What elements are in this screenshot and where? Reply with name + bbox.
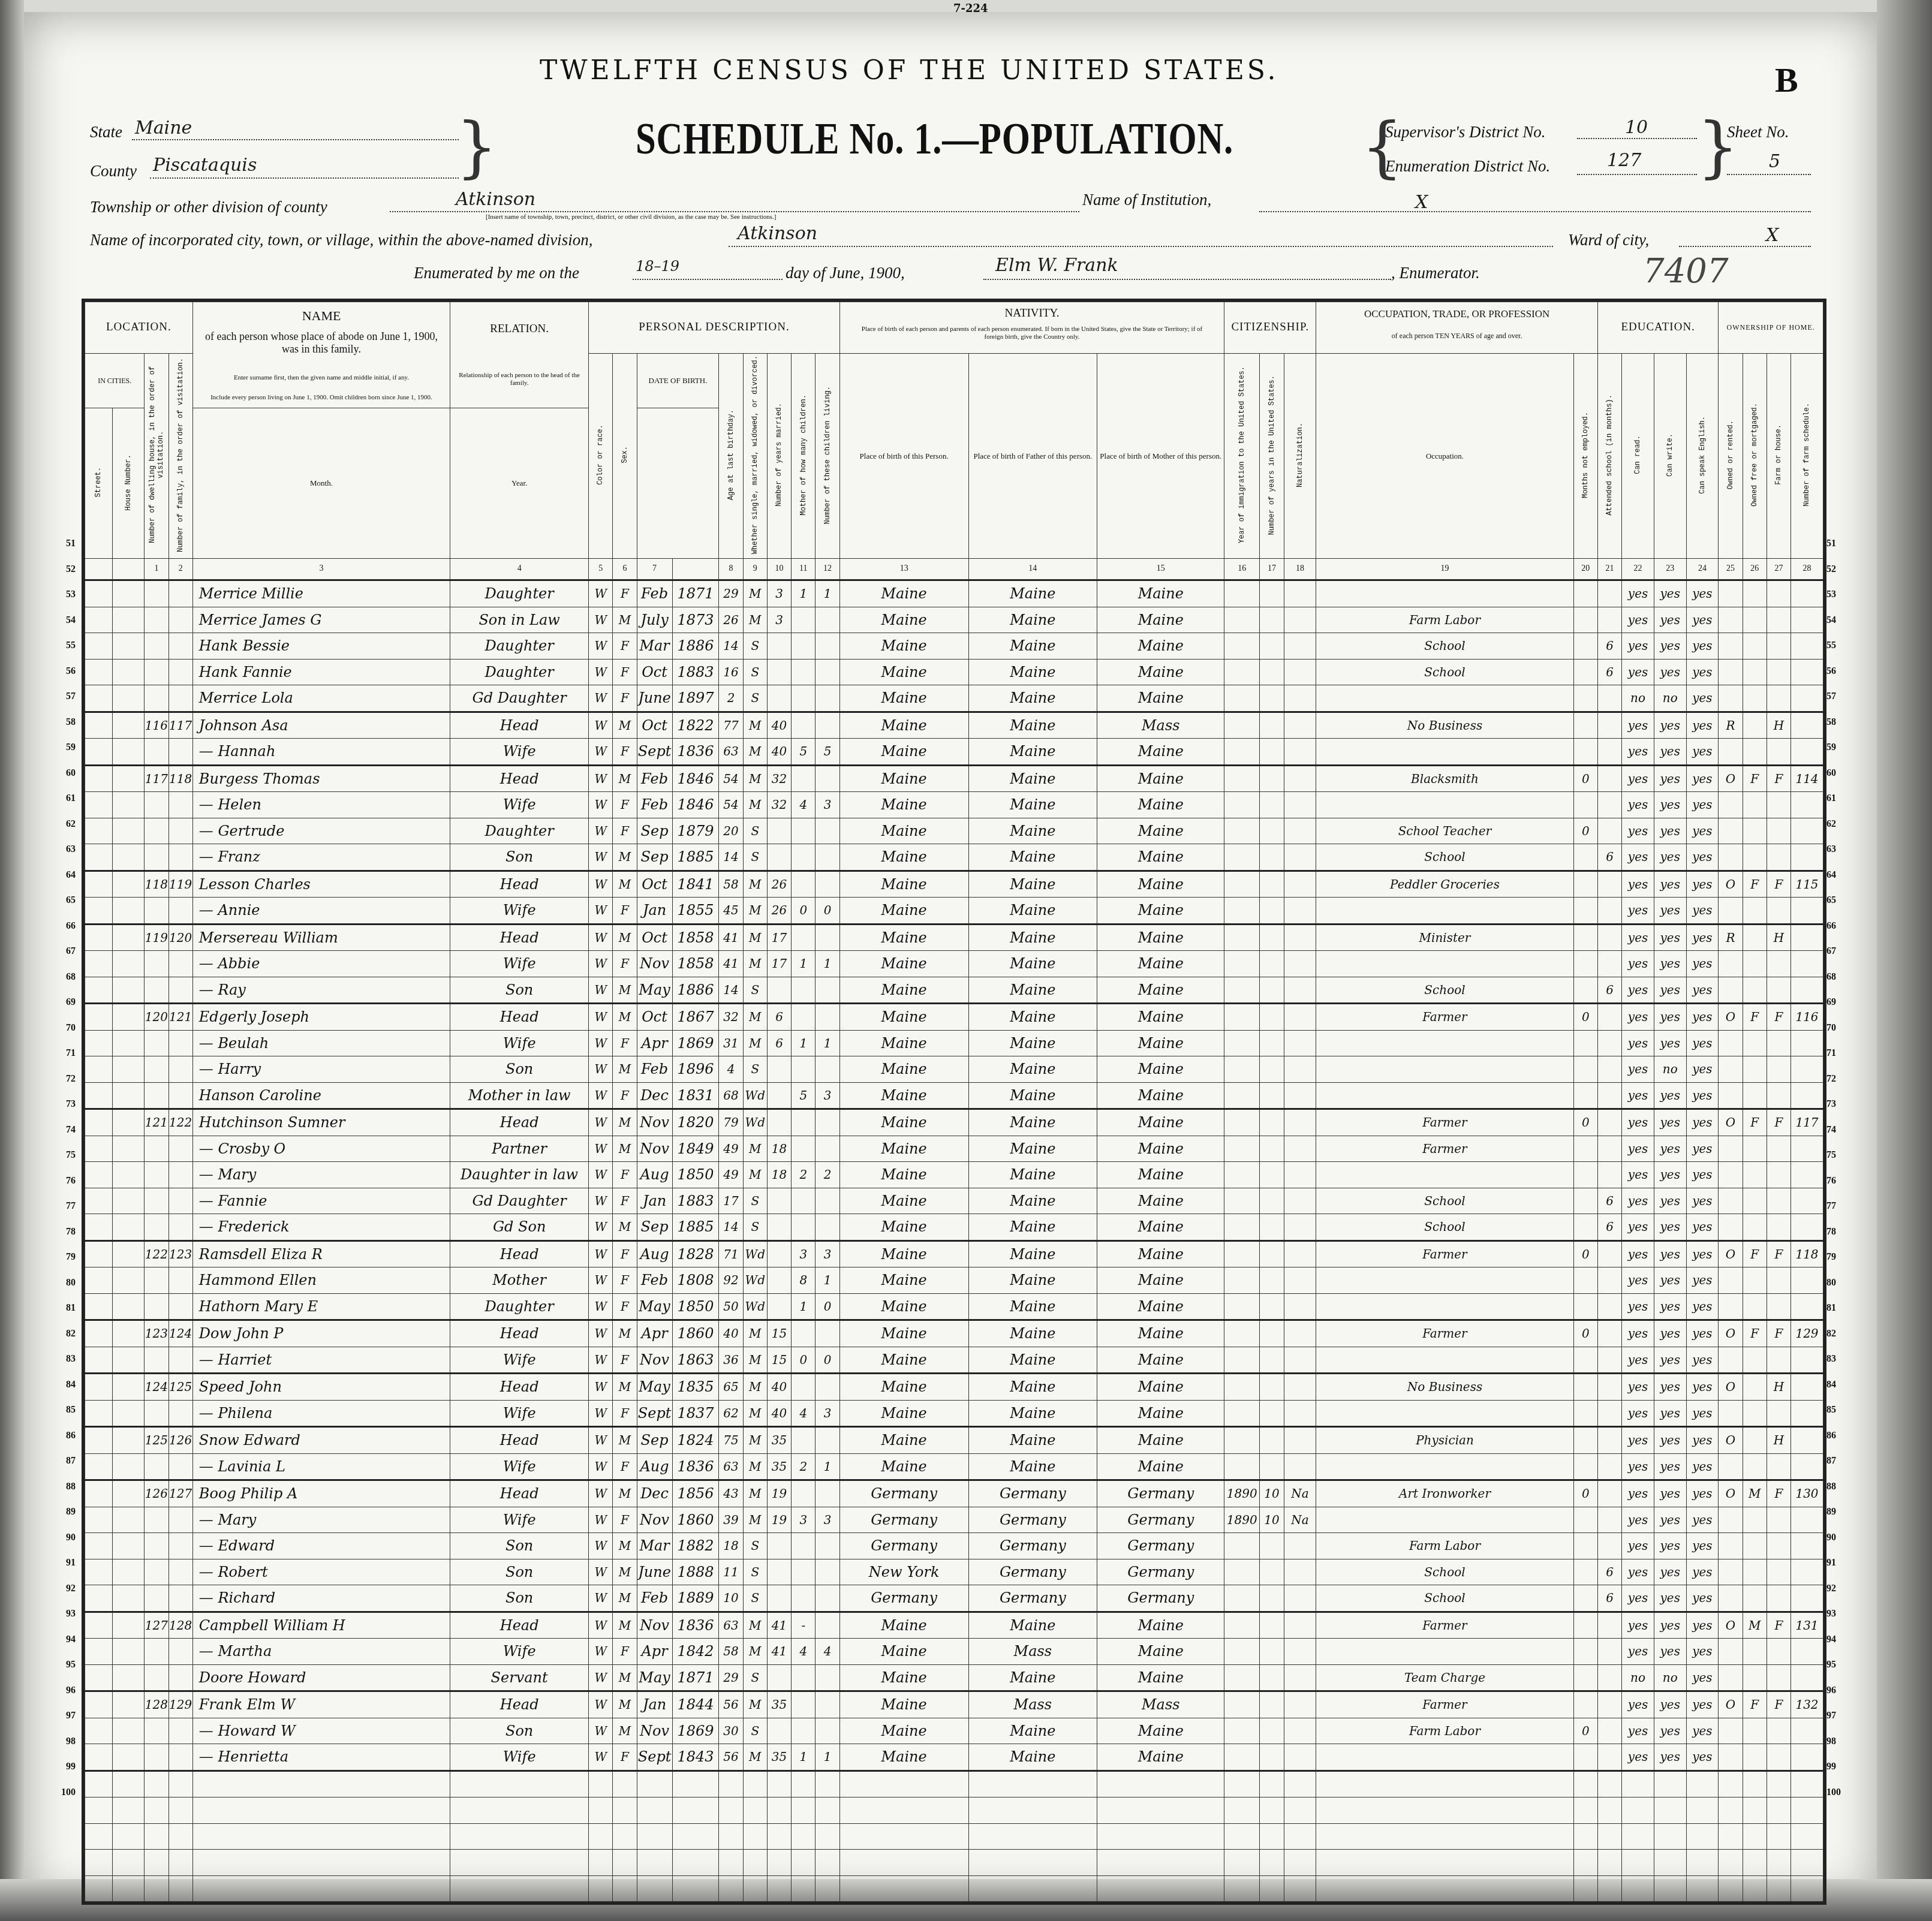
cell-sched [1791,1427,1823,1454]
cell-sched [1791,1797,1823,1824]
cell-color: W [589,818,613,844]
cell-school [1597,1823,1621,1850]
cell-immig [1224,1718,1260,1744]
cell-house [112,818,145,844]
cell-relation: Head [450,1004,589,1031]
cell-sched [1791,951,1823,977]
cell-house [112,1744,145,1771]
cell-color: W [589,924,613,951]
cell-pobf: Maine [968,739,1097,766]
cell-year: 1863 [672,1347,719,1374]
col-can-read: Can read. [1622,354,1654,559]
cell-pobf: Maine [968,712,1097,739]
cell-street [85,871,113,898]
cell-own [1719,1771,1743,1797]
cell-school: 6 [1597,844,1621,871]
cell-read: yes [1622,1214,1654,1241]
cell-occupation: Farmer [1316,1004,1573,1031]
cell-own [1719,844,1743,871]
cell-sex: F [613,659,637,685]
cell-occupation [1316,1453,1573,1480]
cell-speak: yes [1686,898,1719,925]
cell-immig [1224,1585,1260,1612]
cell-pobm [1097,1797,1224,1824]
census-row: — RobertSonWMJune188811SNew YorkGermanyG… [85,1559,1823,1585]
cell-read: yes [1622,1507,1654,1533]
cell-pobm [1097,1771,1224,1797]
cell-pobm [1097,1850,1224,1876]
cell-street [85,792,113,818]
cell-sex: M [613,1374,637,1401]
cell-dwelling: 123 [145,1320,168,1347]
cell-farm [1767,977,1790,1004]
group-nativity: NATIVITY. Place of birth of each person … [839,302,1224,354]
cell-month: Feb [637,1056,672,1083]
cell-living [815,1718,839,1744]
cell-nat [1284,1533,1316,1559]
line-number: 92 [1826,1583,1836,1594]
cell-occupation: School [1316,977,1573,1004]
cell-write: yes [1654,1453,1686,1480]
col-farm-schedule: Number of farm schedule. [1791,354,1823,559]
cell-read: yes [1622,1109,1654,1136]
cell-house [112,765,145,792]
cell-pob: Maine [839,739,968,766]
cell-farm [1767,1188,1790,1214]
cell-unemp [1573,1585,1597,1612]
cell-marital: S [743,1718,767,1744]
cell-speak: yes [1686,1293,1719,1320]
cell-year [672,1823,719,1850]
line-number: 73 [52,1099,76,1110]
cell-color: W [589,1240,613,1267]
cell-relation: Wife [450,1347,589,1374]
cell-speak: yes [1686,1507,1719,1533]
cell-family [168,1797,192,1824]
cell-family [168,792,192,818]
cell-family: 125 [168,1374,192,1401]
cell-farm: F [1767,1320,1790,1347]
col-can-write: Can write. [1654,354,1686,559]
cell-name: — Crosby O [192,1136,450,1162]
cell-name: Frank Elm W [192,1691,450,1718]
line-number: 86 [1826,1431,1836,1441]
cell-pobf: Maine [968,1136,1097,1162]
line-number: 66 [52,921,76,932]
cell-sched [1791,977,1823,1004]
cell-speak: yes [1686,1585,1719,1612]
census-row [85,1771,1823,1797]
cell-year: 1858 [672,951,719,977]
cell-pob: Maine [839,1664,968,1691]
cell-name [192,1823,450,1850]
cell-sex: M [613,1664,637,1691]
cell-house [112,924,145,951]
cell-sched [1791,1082,1823,1109]
cell-living: 4 [815,1639,839,1665]
cell-read: yes [1622,1453,1654,1480]
cell-write: yes [1654,1293,1686,1320]
cell-sched [1791,1400,1823,1427]
cell-unemp [1573,1823,1597,1850]
cell-school [1597,1718,1621,1744]
census-row: 122123Ramsdell Eliza RHeadWFAug182871Wd3… [85,1240,1823,1267]
cell-occupation [1316,1347,1573,1374]
cell-sched [1791,1162,1823,1188]
cell-own: R [1719,712,1743,739]
cell-name [192,1875,450,1902]
cell-speak: yes [1686,1664,1719,1691]
cell-write: yes [1654,1240,1686,1267]
cell-sched [1791,1559,1823,1585]
cell-dwelling [145,1718,168,1744]
cell-dwelling [145,1214,168,1241]
line-number: 86 [52,1431,76,1441]
cell-month: Nov [637,1136,672,1162]
cell-read: yes [1622,1347,1654,1374]
cell-age: 29 [719,1664,743,1691]
cell-yrsus [1260,924,1284,951]
cell-dwelling: 127 [145,1612,168,1639]
cell-pobf: Maine [968,924,1097,951]
cell-yrsus [1260,607,1284,633]
col-attended-school: Attended school (in months). [1597,354,1621,559]
cell-age: 92 [719,1267,743,1294]
cell-pob: Maine [839,871,968,898]
cell-pobf: Germany [968,1507,1097,1533]
column-number: 16 [1224,559,1260,580]
cell-write: yes [1654,898,1686,925]
cell-color: W [589,659,613,685]
cell-unemp: 0 [1573,1320,1597,1347]
cell-yrsus [1260,1639,1284,1665]
cell-sched [1791,1823,1823,1850]
cell-color: W [589,1293,613,1320]
cell-dwelling: 128 [145,1691,168,1718]
cell-free [1743,712,1767,739]
cell-family [168,1850,192,1876]
cell-name: — Robert [192,1559,450,1585]
cell-read: yes [1622,1162,1654,1188]
cell-house [112,1082,145,1109]
cell-marital: Wd [743,1240,767,1267]
cell-immig [1224,844,1260,871]
cell-street [85,1664,113,1691]
line-number: 87 [1826,1456,1836,1467]
cell-school: 6 [1597,1188,1621,1214]
cell-sched [1791,1664,1823,1691]
census-row [85,1797,1823,1824]
cell-living [815,1109,839,1136]
cell-free [1743,1559,1767,1585]
cell-pobm: Maine [1097,924,1224,951]
cell-year: 1871 [672,580,719,607]
cell-unemp [1573,1771,1597,1797]
cell-sched [1791,1188,1823,1214]
cell-nat [1284,1082,1316,1109]
cell-age: 58 [719,1639,743,1665]
cell-children [792,1875,815,1902]
cell-children [792,607,815,633]
cell-name: Snow Edward [192,1427,450,1454]
cell-name: Edgerly Joseph [192,1004,450,1031]
enumerated-label: Enumerated by me on the [414,264,579,282]
cell-year: 1860 [672,1507,719,1533]
cell-immig [1224,712,1260,739]
cell-free [1743,1718,1767,1744]
cell-month: May [637,1664,672,1691]
cell-immig [1224,1214,1260,1241]
cell-house [112,1320,145,1347]
cell-free [1743,1162,1767,1188]
column-number: 24 [1686,559,1719,580]
cell-marital: Wd [743,1109,767,1136]
cell-marital: M [743,1480,767,1507]
census-row: — BeulahWifeWFApr186931M611MaineMaineMai… [85,1030,1823,1056]
col-family: Number of family, in the order of visita… [168,354,192,559]
cell-free [1743,924,1767,951]
line-number: 52 [52,564,76,575]
cell-farm [1767,1823,1790,1850]
cell-yrsus [1260,1797,1284,1824]
cell-children: 5 [792,739,815,766]
cell-free [1743,607,1767,633]
cell-house [112,1453,145,1480]
cell-write: yes [1654,1320,1686,1347]
cell-family [168,1771,192,1797]
census-row: 120121Edgerly JosephHeadWMOct186732M6Mai… [85,1004,1823,1031]
cell-yearsmarried: 3 [767,580,791,607]
cell-nat [1284,1771,1316,1797]
cell-living [815,1056,839,1083]
cell-children [792,1585,815,1612]
cell-relation: Son [450,1559,589,1585]
cell-living [815,1214,839,1241]
cell-relation: Gd Daughter [450,685,589,712]
cell-occupation [1316,1030,1573,1056]
cell-own: O [1719,1320,1743,1347]
cell-house [112,1507,145,1533]
cell-write: yes [1654,1030,1686,1056]
cell-pob: Maine [839,951,968,977]
line-number: 71 [52,1048,76,1059]
cell-farm: F [1767,1004,1790,1031]
cell-unemp [1573,1374,1597,1401]
cell-children: 2 [792,1453,815,1480]
cell-house [112,739,145,766]
line-number: 82 [52,1329,76,1339]
cell-house [112,1400,145,1427]
cell-speak: yes [1686,1320,1719,1347]
cell-month: Aug [637,1453,672,1480]
cell-sex: M [613,607,637,633]
cell-sched [1791,580,1823,607]
cell-pob: Maine [839,633,968,660]
cell-children: 8 [792,1267,815,1294]
cell-month [637,1823,672,1850]
cell-street [85,1771,113,1797]
cell-school [1597,1507,1621,1533]
cell-dwelling [145,844,168,871]
cell-house [112,1559,145,1585]
cell-own [1719,1188,1743,1214]
cell-school [1597,1797,1621,1824]
cell-sex: F [613,739,637,766]
cell-nat [1284,1453,1316,1480]
cell-speak [1686,1875,1719,1902]
cell-marital: M [743,712,767,739]
cell-name: — Helen [192,792,450,818]
cell-read: yes [1622,580,1654,607]
cell-sex: M [613,924,637,951]
col-immigration: Year of immigration to the United States… [1224,354,1260,559]
cell-free [1743,1400,1767,1427]
group-occupation: OCCUPATION, TRADE, OR PROFESSION of each… [1316,302,1598,354]
cell-family [168,1293,192,1320]
line-number: 58 [52,717,76,728]
cell-family [168,1744,192,1771]
cell-sex: M [613,765,637,792]
cell-read [1622,1771,1654,1797]
cell-street [85,1188,113,1214]
cell-read: yes [1622,818,1654,844]
line-number: 88 [1826,1482,1836,1492]
cell-children: 4 [792,792,815,818]
line-number: 72 [52,1074,76,1085]
cell-marital: Wd [743,1293,767,1320]
column-number [85,559,113,580]
cell-own [1719,607,1743,633]
cell-dwelling [145,1188,168,1214]
census-row: — HarrySonWMFeb18964SMaineMaineMaineyesn… [85,1056,1823,1083]
cell-living: 1 [815,1453,839,1480]
enumerated-day: 18–19 [636,258,679,275]
census-row: 121122Hutchinson SumnerHeadWMNov182079Wd… [85,1109,1823,1136]
cell-unemp [1573,1533,1597,1559]
cell-children: 4 [792,1639,815,1665]
cell-sched [1791,1136,1823,1162]
institution-label: Name of Institution, [1082,191,1211,209]
cell-children [792,1797,815,1824]
cell-street [85,1136,113,1162]
cell-school [1597,1136,1621,1162]
cell-read [1622,1797,1654,1824]
cell-pob: Maine [839,924,968,951]
cell-yrsus [1260,792,1284,818]
cell-street [85,1293,113,1320]
cell-marital: S [743,844,767,871]
cell-relation: Son [450,1585,589,1612]
cell-family [168,1453,192,1480]
cell-occupation [1316,739,1573,766]
cell-farm [1767,1771,1790,1797]
cell-name: — Edward [192,1533,450,1559]
cell-sex: F [613,685,637,712]
cell-occupation: No Business [1316,712,1573,739]
cell-school [1597,1875,1621,1902]
cell-family [168,1214,192,1241]
cell-street [85,1267,113,1294]
cell-free [1743,1056,1767,1083]
cell-street [85,1347,113,1374]
cell-unemp [1573,1639,1597,1665]
cell-write: yes [1654,1004,1686,1031]
cell-relation: Head [450,1240,589,1267]
cell-year: 1856 [672,1480,719,1507]
cell-age [719,1875,743,1902]
cell-sex [613,1797,637,1824]
cell-children [792,1004,815,1031]
cell-color: W [589,1585,613,1612]
cell-free [1743,1214,1767,1241]
cell-school [1597,951,1621,977]
cell-own [1719,659,1743,685]
cell-nat [1284,1427,1316,1454]
cell-yearsmarried [767,1875,791,1902]
line-number: 77 [52,1201,76,1212]
line-number: 76 [52,1176,76,1187]
cell-free: F [1743,1109,1767,1136]
cell-marital: M [743,1400,767,1427]
cell-unemp [1573,1082,1597,1109]
cell-yrsus [1260,633,1284,660]
cell-age: 68 [719,1082,743,1109]
cell-marital: M [743,1347,767,1374]
line-number: 90 [52,1532,76,1543]
cell-house [112,1797,145,1824]
cell-school [1597,1082,1621,1109]
cell-nat [1284,685,1316,712]
cell-pob: Maine [839,1400,968,1427]
cell-unemp [1573,1162,1597,1188]
cell-own [1719,1559,1743,1585]
cell-pob [839,1797,968,1824]
cell-unemp: 0 [1573,818,1597,844]
cell-school [1597,685,1621,712]
cell-children [792,1109,815,1136]
line-number: 96 [52,1685,76,1696]
cell-nat [1284,1030,1316,1056]
cell-pob: Maine [839,1427,968,1454]
col-year: Year. [450,408,589,559]
cell-speak: yes [1686,792,1719,818]
cell-street [85,685,113,712]
cell-immig [1224,1639,1260,1665]
cell-read: no [1622,1664,1654,1691]
cell-read [1622,1850,1654,1876]
cell-yrsus [1260,1293,1284,1320]
cell-sched [1791,1293,1823,1320]
cell-occupation [1316,1823,1573,1850]
cell-living [815,1136,839,1162]
cell-sex: F [613,633,637,660]
cell-age: 11 [719,1559,743,1585]
cell-immig [1224,1056,1260,1083]
cell-sex: M [613,1718,637,1744]
cell-name: Hank Fannie [192,659,450,685]
cell-year [672,1771,719,1797]
cell-living [815,1612,839,1639]
cell-children [792,1136,815,1162]
cell-nat [1284,1240,1316,1267]
cell-yrsus [1260,951,1284,977]
cell-age [719,1823,743,1850]
col-age: Age at last birthday. [719,354,743,559]
cell-own [1719,1850,1743,1876]
cell-dwelling [145,818,168,844]
cell-month: May [637,977,672,1004]
cell-year: 1849 [672,1136,719,1162]
